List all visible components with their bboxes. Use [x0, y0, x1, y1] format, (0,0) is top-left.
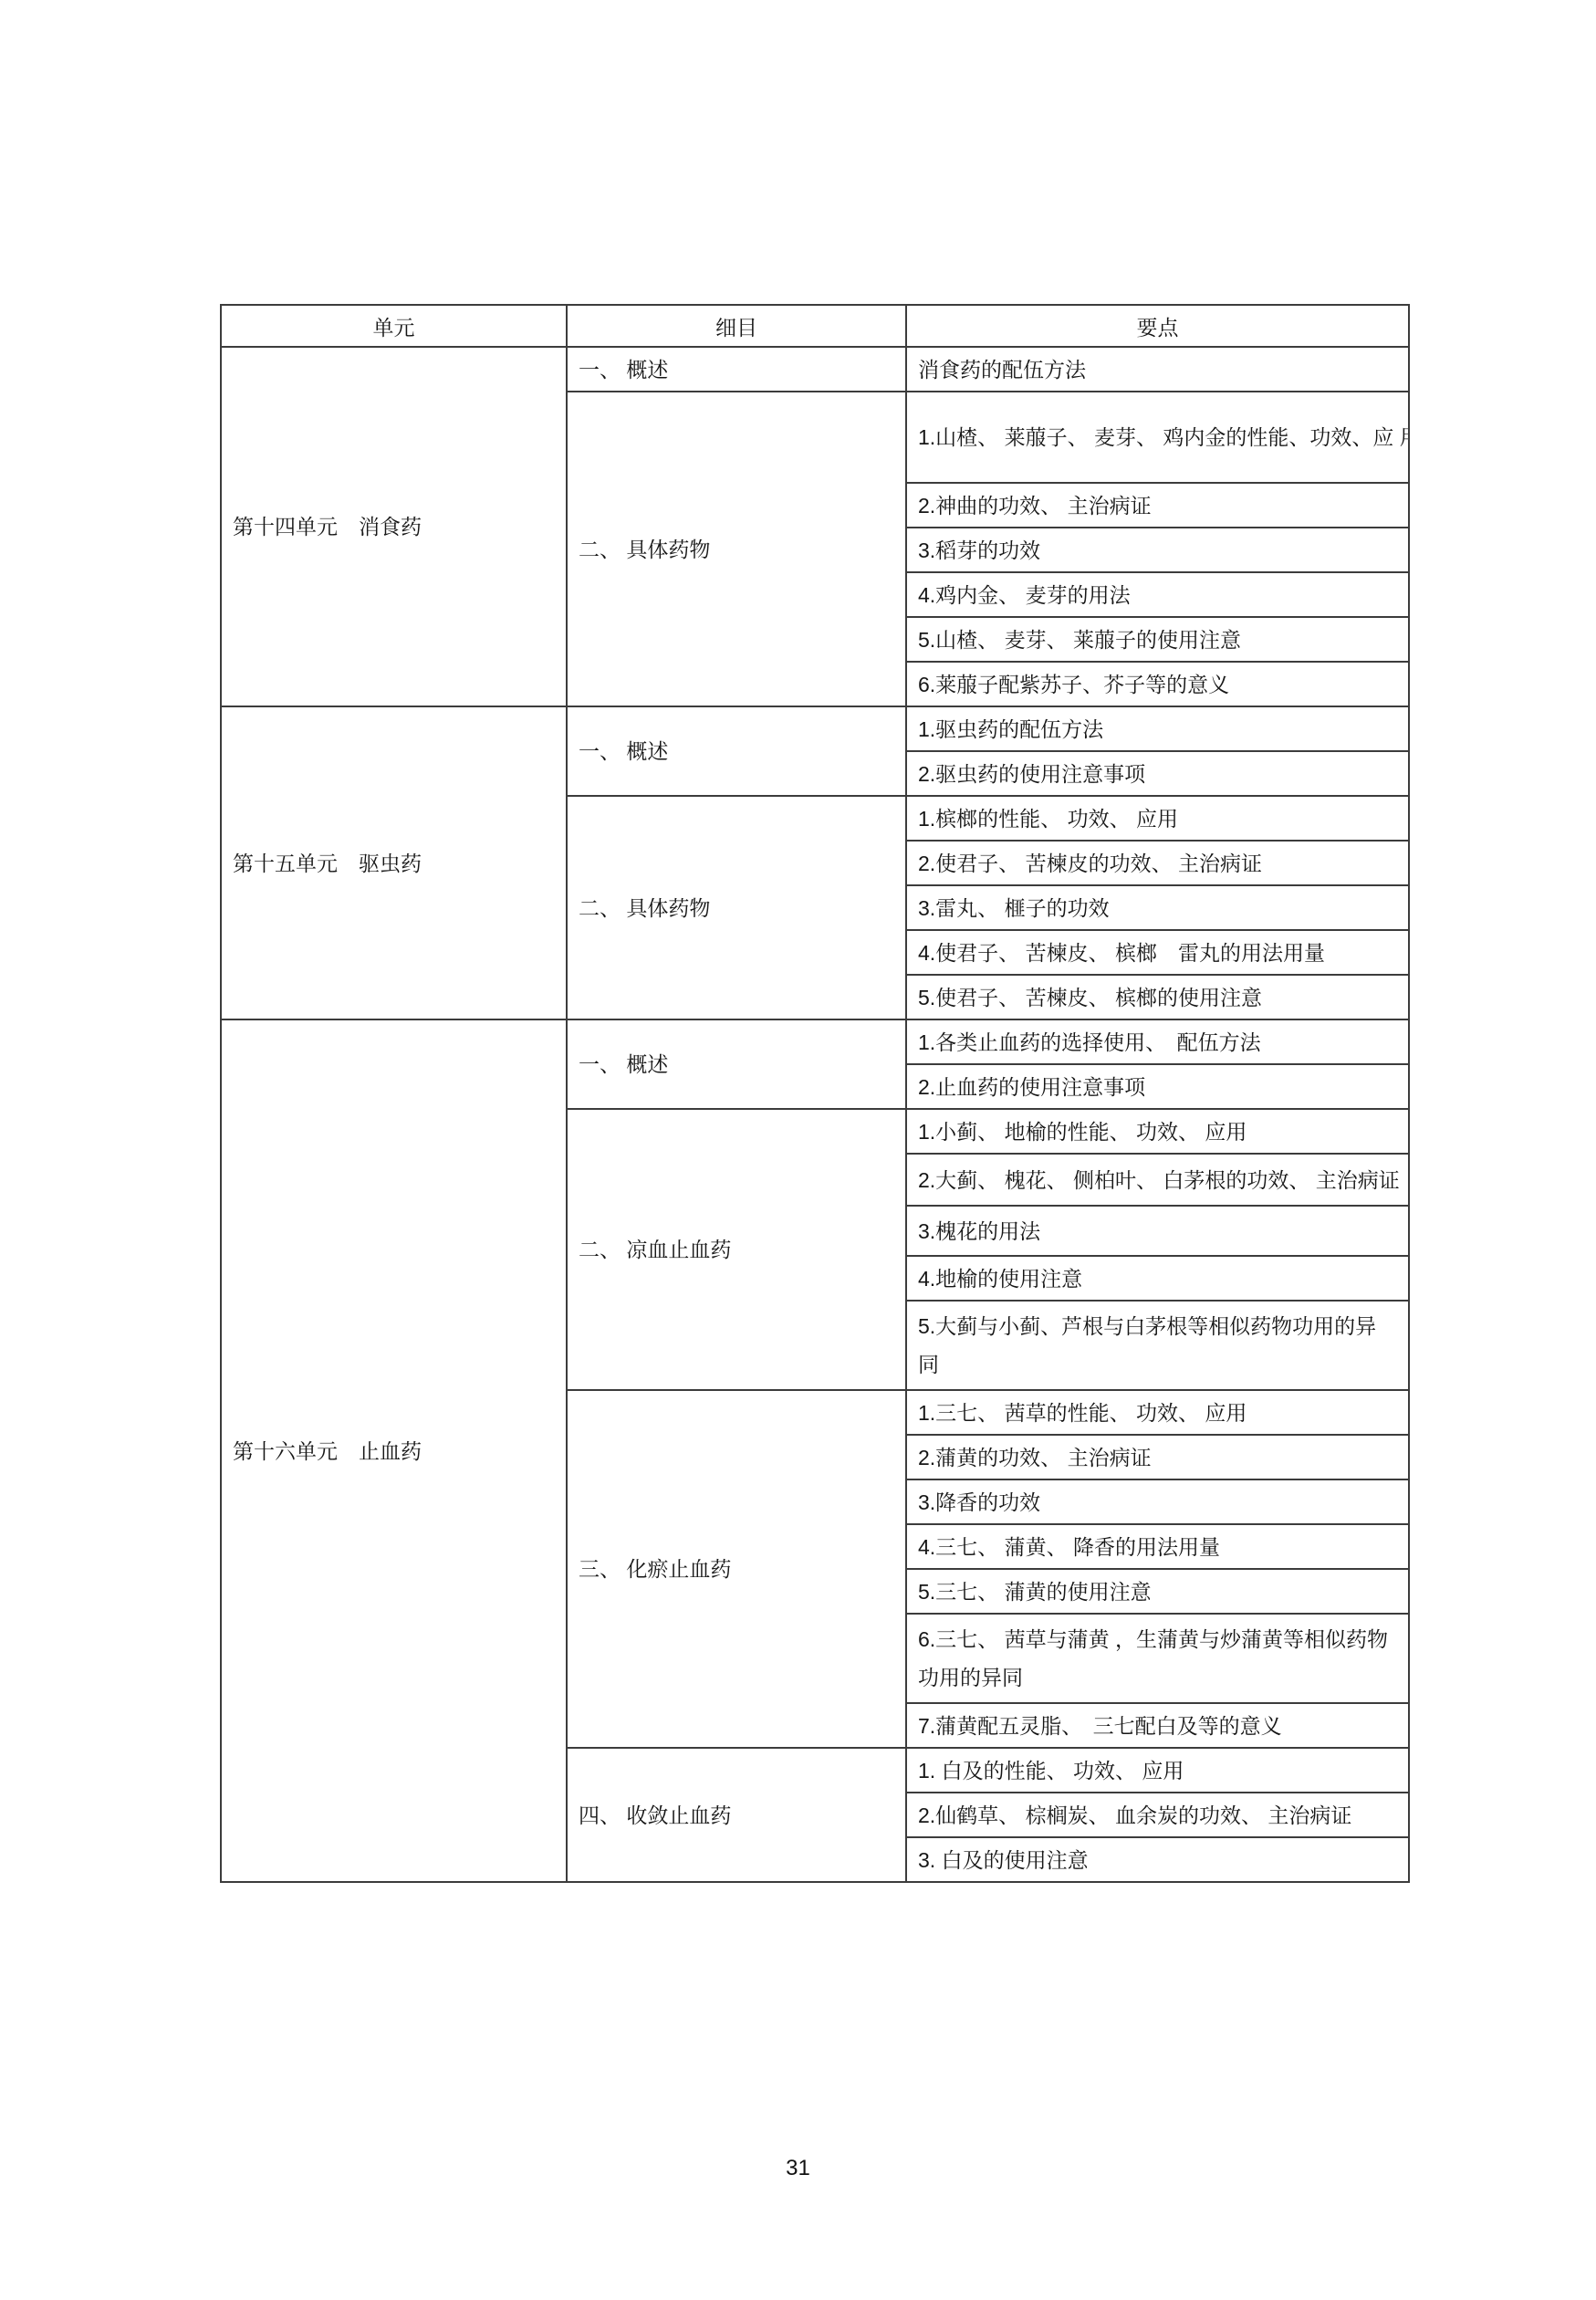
point-cell: 1.山楂、 莱菔子、 麦芽、 鸡内金的性能、功效、应 用	[906, 392, 1409, 483]
page-number: 31	[0, 2156, 1596, 2181]
unit-cell: 第十四单元 消食药	[221, 347, 567, 706]
point-cell: 5.大蓟与小蓟、芦根与白茅根等相似药物功用的异 同	[906, 1301, 1409, 1390]
point-cell: 5.使君子、 苦楝皮、 槟榔的使用注意	[906, 975, 1409, 1019]
header-row: 单元 细目 要点	[221, 305, 1409, 347]
point-cell: 3.槐花的用法	[906, 1206, 1409, 1256]
header-cell-subsection: 细目	[567, 305, 906, 347]
header-cell-keypoints: 要点	[906, 305, 1409, 347]
section-cell: 二、 凉血止血药	[567, 1109, 906, 1390]
point-cell: 1.小蓟、 地榆的性能、 功效、 应用	[906, 1109, 1409, 1154]
point-cell: 6.莱菔子配紫苏子、芥子等的意义	[906, 662, 1409, 706]
header-cell-unit: 单元	[221, 305, 567, 347]
point-cell: 2.使君子、 苦楝皮的功效、 主治病证	[906, 841, 1409, 885]
table-row: 第十五单元 驱虫药一、 概述1.驱虫药的配伍方法	[221, 706, 1409, 751]
unit-cell: 第十六单元 止血药	[221, 1019, 567, 1882]
point-cell: 1.各类止血药的选择使用、 配伍方法	[906, 1019, 1409, 1064]
point-cell: 1.驱虫药的配伍方法	[906, 706, 1409, 751]
section-cell: 一、 概述	[567, 1019, 906, 1109]
section-cell: 四、 收敛止血药	[567, 1748, 906, 1882]
unit-cell: 第十五单元 驱虫药	[221, 706, 567, 1019]
point-cell: 7.蒲黄配五灵脂、 三七配白及等的意义	[906, 1703, 1409, 1748]
point-cell: 6.三七、 茜草与蒲黄 ，生蒲黄与炒蒲黄等相似药物 功用的异同	[906, 1614, 1409, 1703]
section-cell: 二、 具体药物	[567, 796, 906, 1019]
point-cell: 5.三七、 蒲黄的使用注意	[906, 1569, 1409, 1614]
point-cell: 2.神曲的功效、 主治病证	[906, 483, 1409, 528]
point-cell: 4.三七、 蒲黄、 降香的用法用量	[906, 1524, 1409, 1569]
point-cell: 2.止血药的使用注意事项	[906, 1064, 1409, 1109]
section-cell: 三、 化瘀止血药	[567, 1390, 906, 1748]
point-cell: 2.蒲黄的功效、 主治病证	[906, 1435, 1409, 1479]
section-cell: 一、 概述	[567, 347, 906, 392]
point-cell: 2.仙鹤草、 棕榈炭、 血余炭的功效、 主治病证	[906, 1793, 1409, 1837]
point-cell: 2.大蓟、 槐花、 侧柏叶、 白茅根的功效、 主治病证	[906, 1154, 1409, 1206]
point-cell: 4.地榆的使用注意	[906, 1256, 1409, 1301]
point-cell: 3.稻芽的功效	[906, 528, 1409, 572]
point-cell: 3. 白及的使用注意	[906, 1837, 1409, 1882]
point-cell: 2.驱虫药的使用注意事项	[906, 751, 1409, 796]
point-cell: 消食药的配伍方法	[906, 347, 1409, 392]
document-page: 单元 细目 要点 第十四单元 消食药一、 概述消食药的配伍方法二、 具体药物1.…	[0, 0, 1596, 2300]
syllabus-table: 单元 细目 要点 第十四单元 消食药一、 概述消食药的配伍方法二、 具体药物1.…	[220, 304, 1410, 1883]
point-cell: 5.山楂、 麦芽、 莱菔子的使用注意	[906, 617, 1409, 662]
point-cell: 4.使君子、 苦楝皮、 槟榔 雷丸的用法用量	[906, 930, 1409, 975]
section-cell: 一、 概述	[567, 706, 906, 796]
table-row: 第十四单元 消食药一、 概述消食药的配伍方法	[221, 347, 1409, 392]
point-cell: 1.三七、 茜草的性能、 功效、 应用	[906, 1390, 1409, 1435]
point-cell: 1. 白及的性能、 功效、 应用	[906, 1748, 1409, 1793]
point-cell: 1.槟榔的性能、 功效、 应用	[906, 796, 1409, 841]
point-cell: 4.鸡内金、 麦芽的用法	[906, 572, 1409, 617]
table-row: 第十六单元 止血药一、 概述1.各类止血药的选择使用、 配伍方法	[221, 1019, 1409, 1064]
point-cell: 3.雷丸、 榧子的功效	[906, 885, 1409, 930]
section-cell: 二、 具体药物	[567, 392, 906, 706]
point-cell: 3.降香的功效	[906, 1479, 1409, 1524]
